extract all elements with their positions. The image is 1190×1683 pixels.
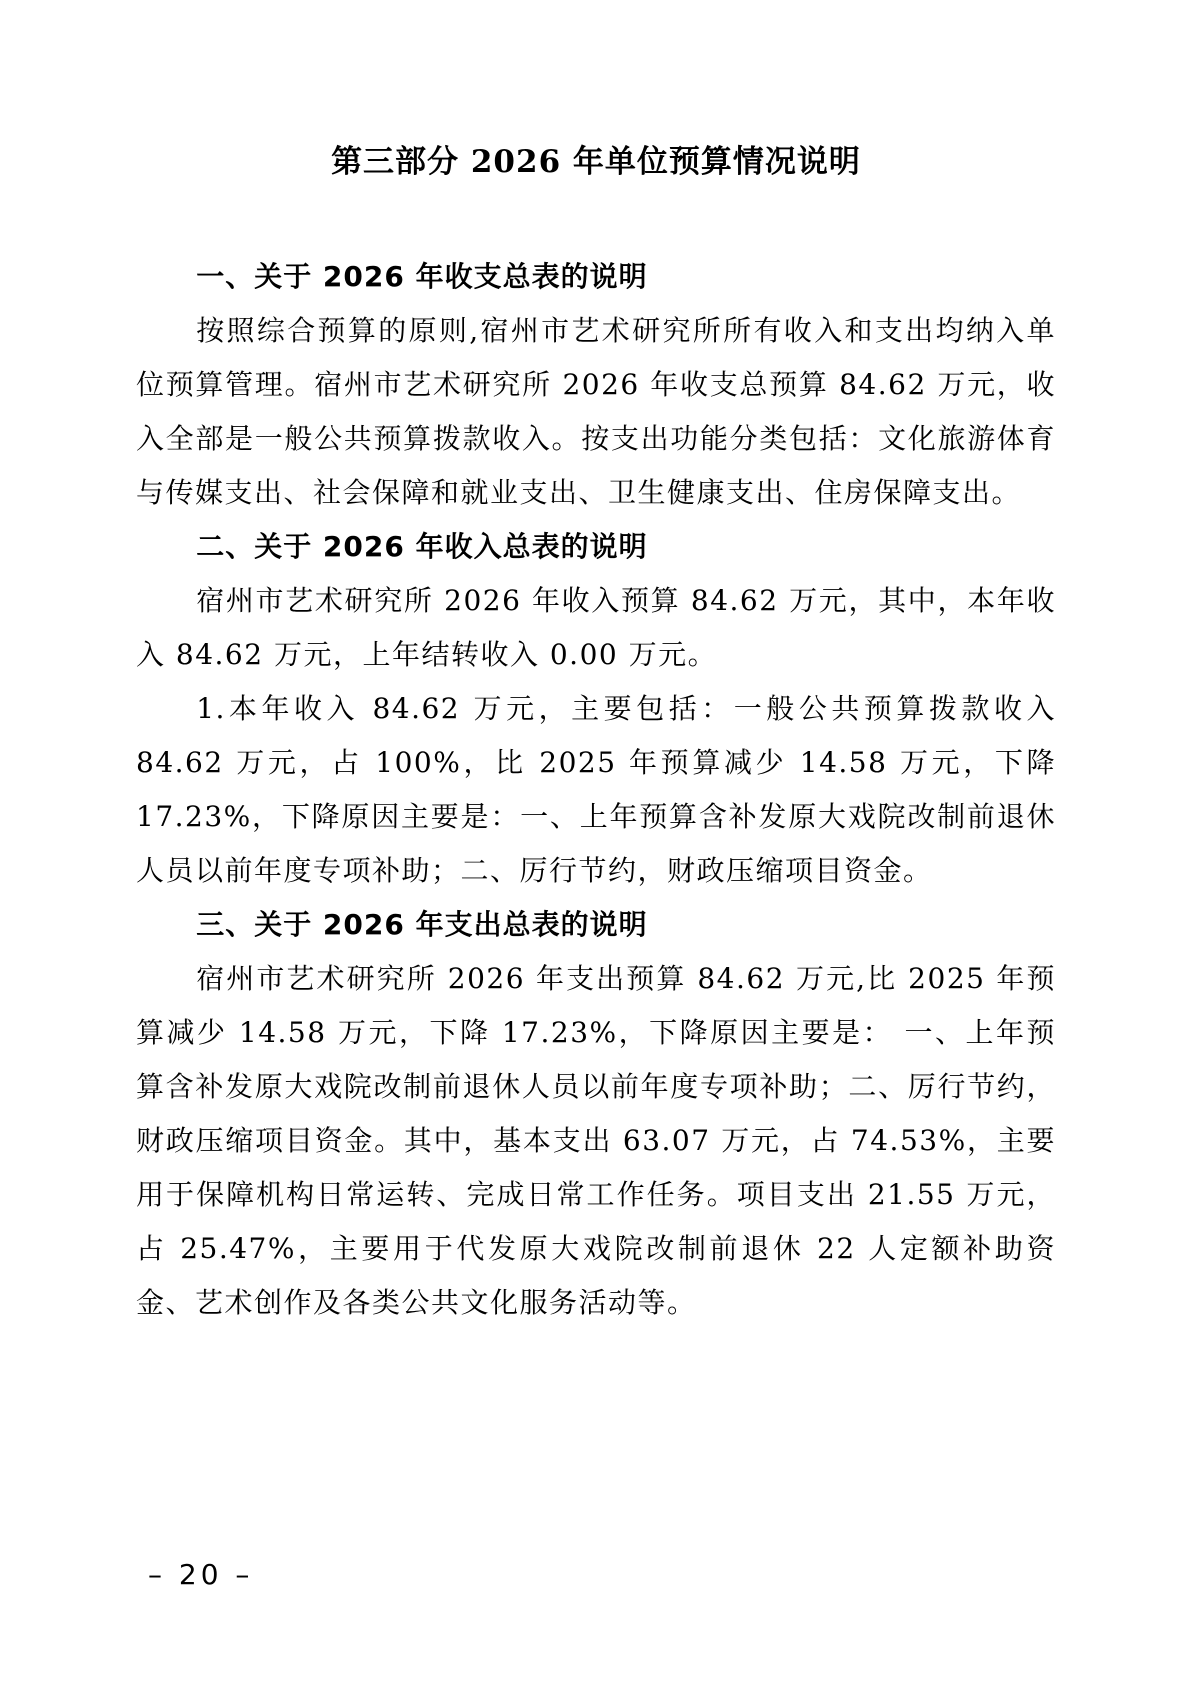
section-1-heading: 一、关于 2026 年收支总表的说明	[136, 250, 1056, 304]
section-1-paragraph-1: 按照综合预算的原则,宿州市艺术研究所所有收入和支出均纳入单位预算管理。宿州市艺术…	[136, 304, 1056, 520]
section-2-heading: 二、关于 2026 年收入总表的说明	[136, 520, 1056, 574]
section-3-heading: 三、关于 2026 年支出总表的说明	[136, 898, 1056, 952]
section-2-paragraph-1: 宿州市艺术研究所 2026 年收入预算 84.62 万元，其中，本年收入 84.…	[136, 574, 1056, 682]
page-number: – 20 –	[148, 1558, 253, 1591]
section-expenditure-summary: 三、关于 2026 年支出总表的说明 宿州市艺术研究所 2026 年支出预算 8…	[136, 898, 1056, 1330]
section-income-expenditure-summary: 一、关于 2026 年收支总表的说明 按照综合预算的原则,宿州市艺术研究所所有收…	[136, 250, 1056, 520]
document-page: 第三部分 2026 年单位预算情况说明 一、关于 2026 年收支总表的说明 按…	[0, 0, 1190, 1683]
section-3-paragraph-1: 宿州市艺术研究所 2026 年支出预算 84.62 万元,比 2025 年预算减…	[136, 952, 1056, 1330]
document-title: 第三部分 2026 年单位预算情况说明	[136, 136, 1056, 188]
section-2-paragraph-2: 1.本年收入 84.62 万元，主要包括：一般公共预算拨款收入 84.62 万元…	[136, 682, 1056, 898]
section-income-summary: 二、关于 2026 年收入总表的说明 宿州市艺术研究所 2026 年收入预算 8…	[136, 520, 1056, 898]
